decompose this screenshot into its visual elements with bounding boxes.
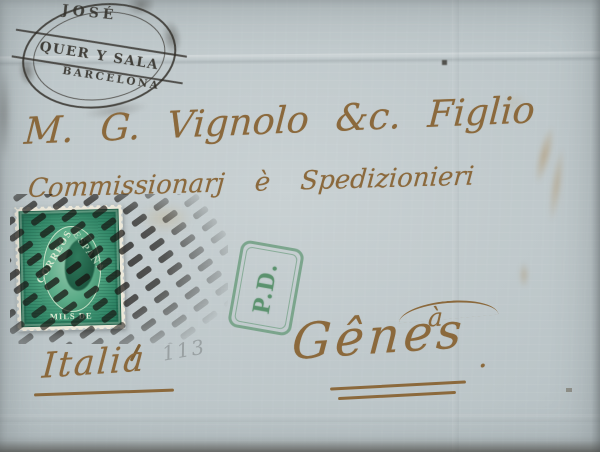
folded-letter-cover-photo: JOSÉ QUER Y SALA BARCELONA M. G. Vignolo… xyxy=(0,0,600,452)
photo-vignette xyxy=(0,0,600,452)
